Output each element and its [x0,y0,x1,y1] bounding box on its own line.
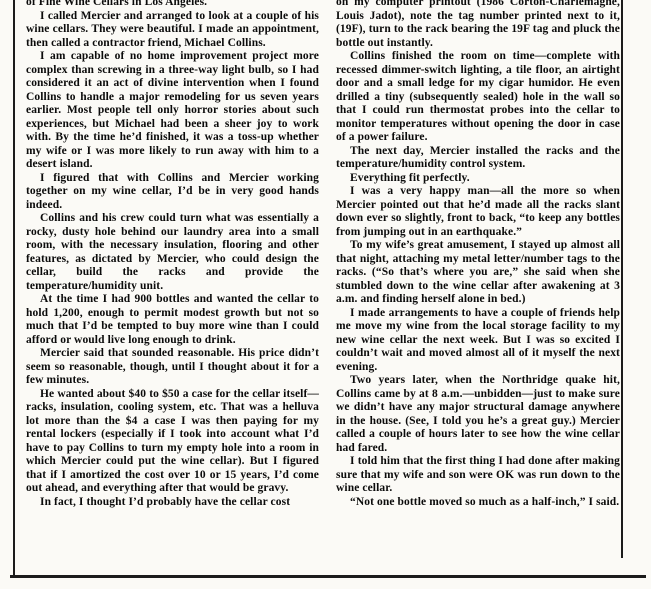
scanned-article-page: of Fine Wine Cellars in Los Angeles.I ca… [0,0,651,589]
paragraph: I am capable of no home improvement proj… [26,50,319,172]
paragraph: I told him that the first thing I had do… [336,455,620,496]
paragraph: I called Mercier and arranged to look at… [26,10,319,51]
right-border-rule [621,0,623,558]
article-column-right: on my computer printout (1986 Corton-Cha… [336,0,620,572]
paragraph: To my wife’s great amusement, I stayed u… [336,239,620,307]
paragraph: of Fine Wine Cellars in Los Angeles. [26,0,319,10]
paragraph: I made arrangements to have a couple of … [336,307,620,375]
paragraph: Everything fit perfectly. [336,172,620,186]
paragraph: In fact, I thought I’d probably have the… [26,496,319,510]
paragraph: “Not one bottle moved so much as a half-… [336,496,620,510]
paragraph: Two years later, when the Northridge qua… [336,374,620,455]
paragraph: At the time I had 900 bottles and wanted… [26,293,319,347]
paragraph: on my computer printout (1986 Corton-Cha… [336,0,620,50]
bottom-border-rule [10,575,646,578]
article-column-left: of Fine Wine Cellars in Los Angeles.I ca… [26,0,319,572]
paragraph: Collins finished the room on time—comple… [336,50,620,145]
paragraph: I was a very happy man—all the more so w… [336,185,620,239]
paragraph: Collins and his crew could turn what was… [26,212,319,293]
left-border-rule [13,0,15,577]
article-body: of Fine Wine Cellars in Los Angeles.I ca… [26,0,620,572]
paragraph: The next day, Mercier installed the rack… [336,145,620,172]
paragraph: He wanted about $40 to $50 a case for th… [26,388,319,496]
paragraph: I figured that with Collins and Mercier … [26,172,319,213]
paragraph: Mercier said that sounded reasonable. Hi… [26,347,319,388]
